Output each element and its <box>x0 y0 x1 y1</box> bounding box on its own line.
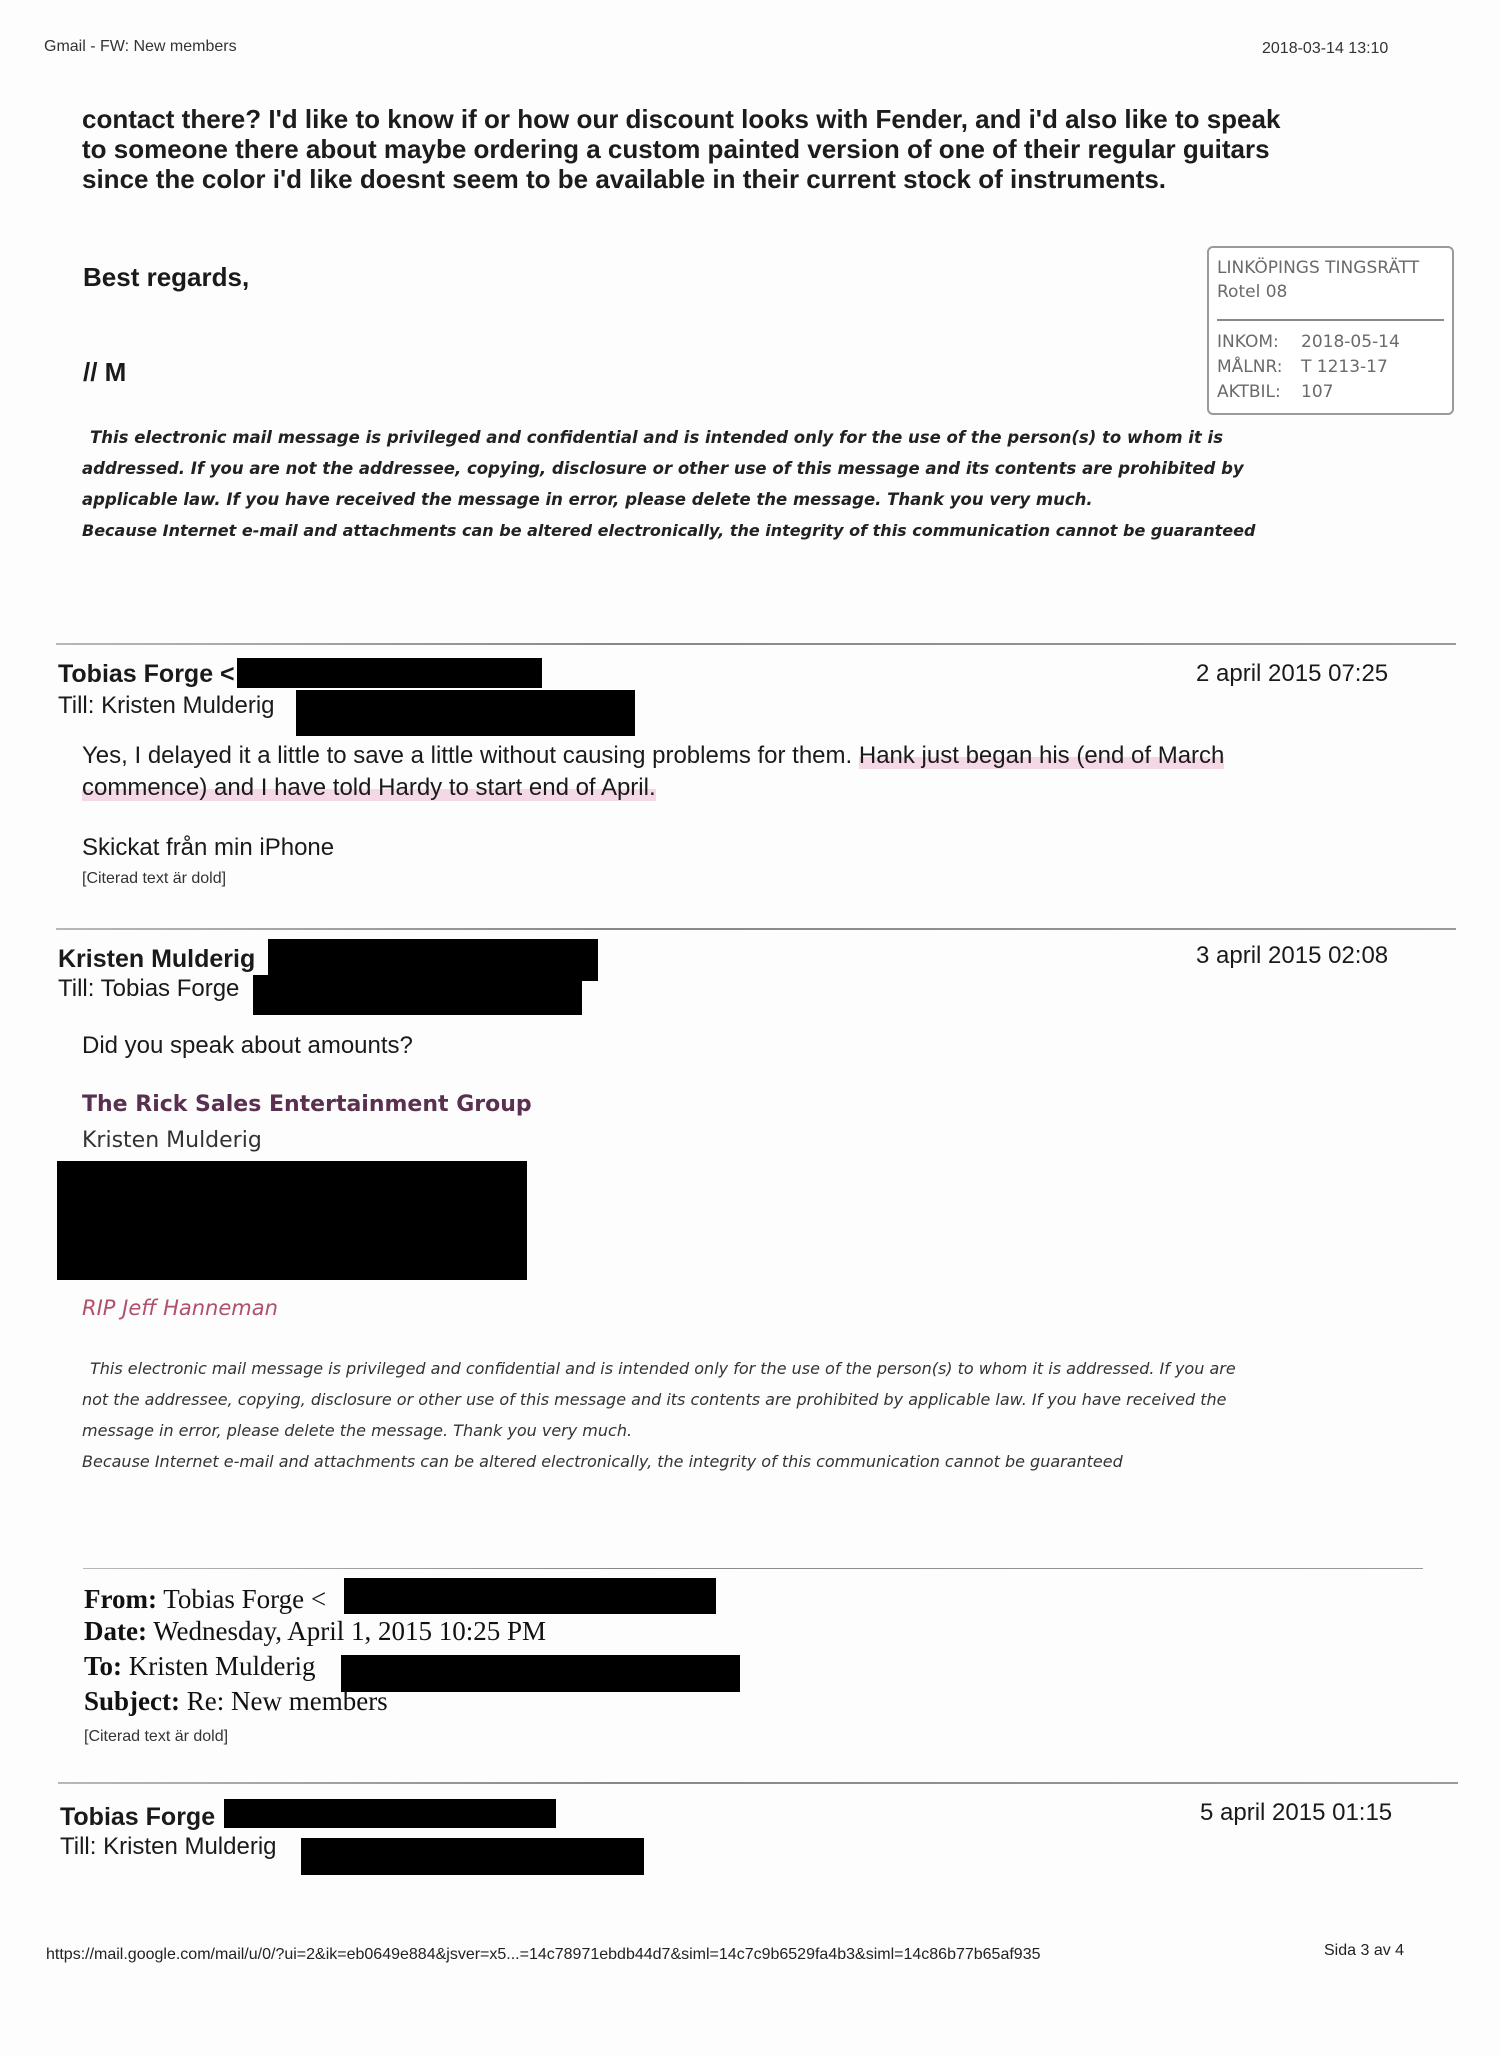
stamp-division: Rotel 08 <box>1217 282 1287 302</box>
quoted-value: Kristen Mulderig <box>129 1651 316 1681</box>
quoted-label: From: <box>84 1584 157 1614</box>
stamp-value: T 1213-17 <box>1301 357 1388 377</box>
page-header-timestamp: 2018-03-14 13:10 <box>1262 40 1388 58</box>
page-footer-url[interactable]: https://mail.google.com/mail/u/0/?ui=2&i… <box>46 1946 1041 1964</box>
message-recipient: Till: Tobias Forge <box>58 975 239 1003</box>
disclaimer-line: Because Internet e-mail and attachments … <box>82 1446 1422 1477</box>
message-date: 5 april 2015 01:15 <box>1200 1799 1392 1827</box>
redaction-box <box>237 658 542 688</box>
stamp-label: INKOM: <box>1217 332 1279 352</box>
message-recipient: Till: Kristen Mulderig <box>58 692 275 720</box>
stamp-value: 2018-05-14 <box>1301 332 1400 352</box>
closing: Best regards, <box>83 262 249 293</box>
quoted-value: Tobias Forge < <box>163 1584 326 1614</box>
highlighted-text: commence) and I have told Hardy to start… <box>82 774 656 801</box>
quoted-date: Date: Wednesday, April 1, 2015 10:25 PM <box>84 1616 546 1647</box>
quoted-from: From: Tobias Forge < <box>84 1584 326 1615</box>
body-line: since the color i'd like doesnt seem to … <box>82 164 1402 194</box>
message-sender: Kristen Mulderig <box>58 945 255 974</box>
quoted-value: Re: New members <box>187 1686 388 1716</box>
page-footer-page-indicator: Sida 3 av 4 <box>1324 1942 1404 1960</box>
message-separator <box>83 1568 1423 1569</box>
sent-from: Skickat från min iPhone <box>82 832 334 864</box>
disclaimer-line: not the addressee, copying, disclosure o… <box>82 1384 1422 1415</box>
message-sender: Tobias Forge < <box>58 660 235 689</box>
stamp-value: 107 <box>1301 382 1333 402</box>
highlighted-text: Hank just began his (end of March <box>859 742 1225 769</box>
redaction-box <box>301 1838 644 1875</box>
message-date: 3 april 2015 02:08 <box>1196 942 1388 970</box>
quoted-label: To: <box>84 1651 122 1681</box>
quoted-value: Wednesday, April 1, 2015 10:25 PM <box>153 1616 546 1646</box>
stamp-label: AKTBIL: <box>1217 382 1281 402</box>
quoted-text-toggle[interactable]: [Citerad text är dold] <box>82 870 226 888</box>
message-separator <box>56 928 1456 930</box>
signature-name: Kristen Mulderig <box>82 1128 262 1153</box>
redaction-box <box>344 1578 716 1614</box>
disclaimer-line: addressed. If you are not the addressee,… <box>82 453 1422 484</box>
quoted-label: Subject: <box>84 1686 180 1716</box>
signature: // M <box>83 357 126 388</box>
body-text: Yes, I delayed it a little to save a lit… <box>82 742 859 769</box>
redaction-box <box>341 1655 740 1692</box>
message-date: 2 april 2015 07:25 <box>1196 660 1388 688</box>
message-sender: Tobias Forge <box>60 1803 215 1832</box>
signature-company: The Rick Sales Entertainment Group <box>82 1092 532 1117</box>
quoted-label: Date: <box>84 1616 147 1646</box>
message-recipient: Till: Kristen Mulderig <box>60 1833 277 1861</box>
signature-tagline: RIP Jeff Hanneman <box>82 1296 278 1320</box>
message-separator <box>58 1782 1458 1784</box>
disclaimer-line: This electronic mail message is privileg… <box>82 422 1422 453</box>
message-body: Yes, I delayed it a little to save a lit… <box>82 740 1342 804</box>
redaction-box <box>57 1161 527 1280</box>
stamp-divider <box>1217 319 1444 321</box>
body-line: contact there? I'd like to know if or ho… <box>82 104 1402 134</box>
opening-message-body: contact there? I'd like to know if or ho… <box>82 104 1402 194</box>
quoted-text-toggle[interactable]: [Citerad text är dold] <box>84 1728 228 1746</box>
disclaimer: This electronic mail message is privileg… <box>82 422 1422 546</box>
stamp-label: MÅLNR: <box>1217 357 1283 377</box>
disclaimer-line: applicable law. If you have received the… <box>82 484 1422 515</box>
page-header-title: Gmail - FW: New members <box>44 38 237 56</box>
redaction-box <box>296 690 635 736</box>
stamp-court: LINKÖPINGS TINGSRÄTT <box>1217 258 1419 278</box>
disclaimer: This electronic mail message is privileg… <box>82 1353 1422 1477</box>
redaction-box <box>253 975 582 1015</box>
disclaimer-line: Because Internet e-mail and attachments … <box>82 515 1422 546</box>
disclaimer-line: message in error, please delete the mess… <box>82 1415 1422 1446</box>
message-body: Did you speak about amounts? <box>82 1030 413 1062</box>
disclaimer-line: This electronic mail message is privileg… <box>82 1353 1422 1384</box>
message-separator <box>56 643 1456 645</box>
court-stamp: LINKÖPINGS TINGSRÄTT Rotel 08 INKOM: 201… <box>1207 246 1454 415</box>
quoted-to: To: Kristen Mulderig <box>84 1651 316 1682</box>
body-line: to someone there about maybe ordering a … <box>82 134 1402 164</box>
redaction-box <box>224 1799 556 1828</box>
quoted-subject: Subject: Re: New members <box>84 1686 388 1717</box>
